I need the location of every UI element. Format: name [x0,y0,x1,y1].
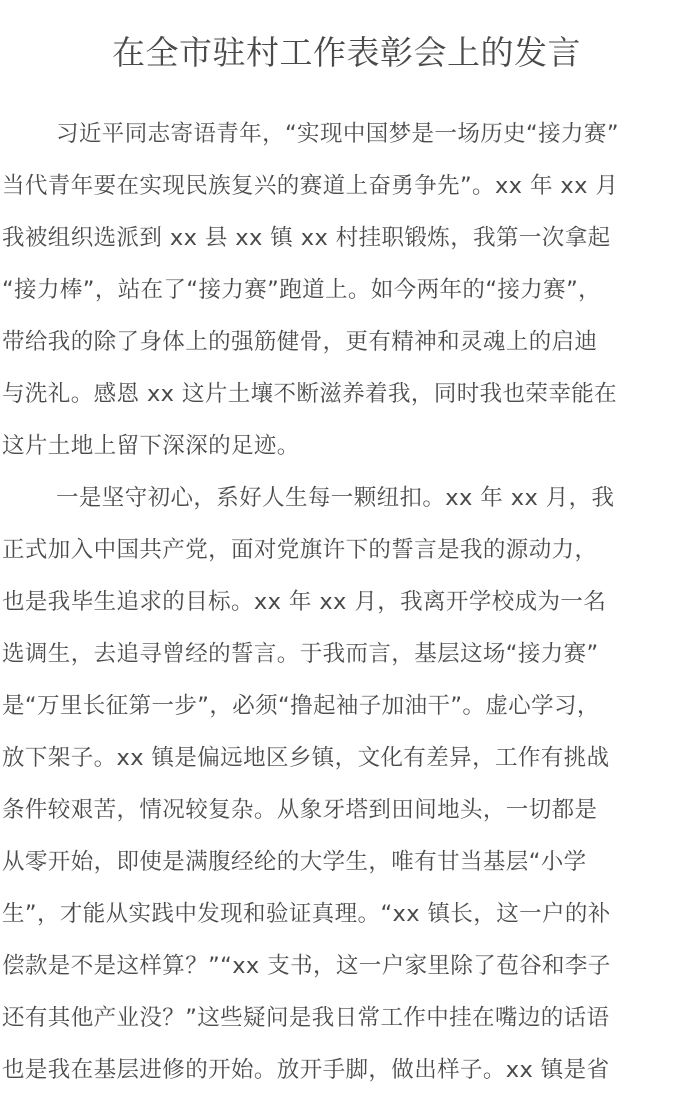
text-line: 习近平同志寄语青年，“实现中国梦是一场历史“接力赛” [2,108,693,160]
text-line: 我被组织选派到 xx 县 xx 镇 xx 村挂职锻炼，我第一次拿起 [2,212,693,264]
document-page: 在全市驻村工作表彰会上的发言 习近平同志寄语青年，“实现中国梦是一场历史“接力赛… [0,0,693,1097]
text-line: 偿款是不是这样算？”“xx 支书，这一户家里除了苞谷和李子 [2,940,693,992]
text-line: 从零开始，即使是满腹经纶的大学生，唯有甘当基层“小学 [2,836,693,888]
document-title: 在全市驻村工作表彰会上的发言 [0,30,693,76]
text-line: 放下架子。xx 镇是偏远地区乡镇，文化有差异，工作有挑战 [2,732,693,784]
text-line: 也是我毕生追求的目标。xx 年 xx 月，我离开学校成为一名 [2,576,693,628]
text-line: 也是我在基层进修的开始。放开手脚，做出样子。xx 镇是省 [2,1044,693,1096]
text-line: 带给我的除了身体上的强筋健骨，更有精神和灵魂上的启迪 [2,316,693,368]
text-line: 选调生，去追寻曾经的誓言。于我而言，基层这场“接力赛” [2,628,693,680]
text-line: 当代青年要在实现民族复兴的赛道上奋勇争先”。xx 年 xx 月 [2,160,693,212]
text-line: 正式加入中国共产党，面对党旗许下的誓言是我的源动力， [2,524,693,576]
text-line: 一是坚守初心，系好人生每一颗纽扣。xx 年 xx 月，我 [2,472,693,524]
text-line: 生”，才能从实践中发现和验证真理。“xx 镇长，这一户的补 [2,888,693,940]
text-line: 还有其他产业没？”这些疑问是我日常工作中挂在嘴边的话语 [2,992,693,1044]
text-line: 与洗礼。感恩 xx 这片土壤不断滋养着我，同时我也荣幸能在 [2,368,693,420]
text-line: 这片土地上留下深深的足迹。 [2,420,693,472]
text-line: “接力棒”，站在了“接力赛”跑道上。如今两年的“接力赛”， [2,264,693,316]
document-body: 习近平同志寄语青年，“实现中国梦是一场历史“接力赛” 当代青年要在实现民族复兴的… [2,108,693,1096]
text-line: 是“万里长征第一步”，必须“撸起袖子加油干”。虚心学习， [2,680,693,732]
text-line: 条件较艰苦，情况较复杂。从象牙塔到田间地头，一切都是 [2,784,693,836]
